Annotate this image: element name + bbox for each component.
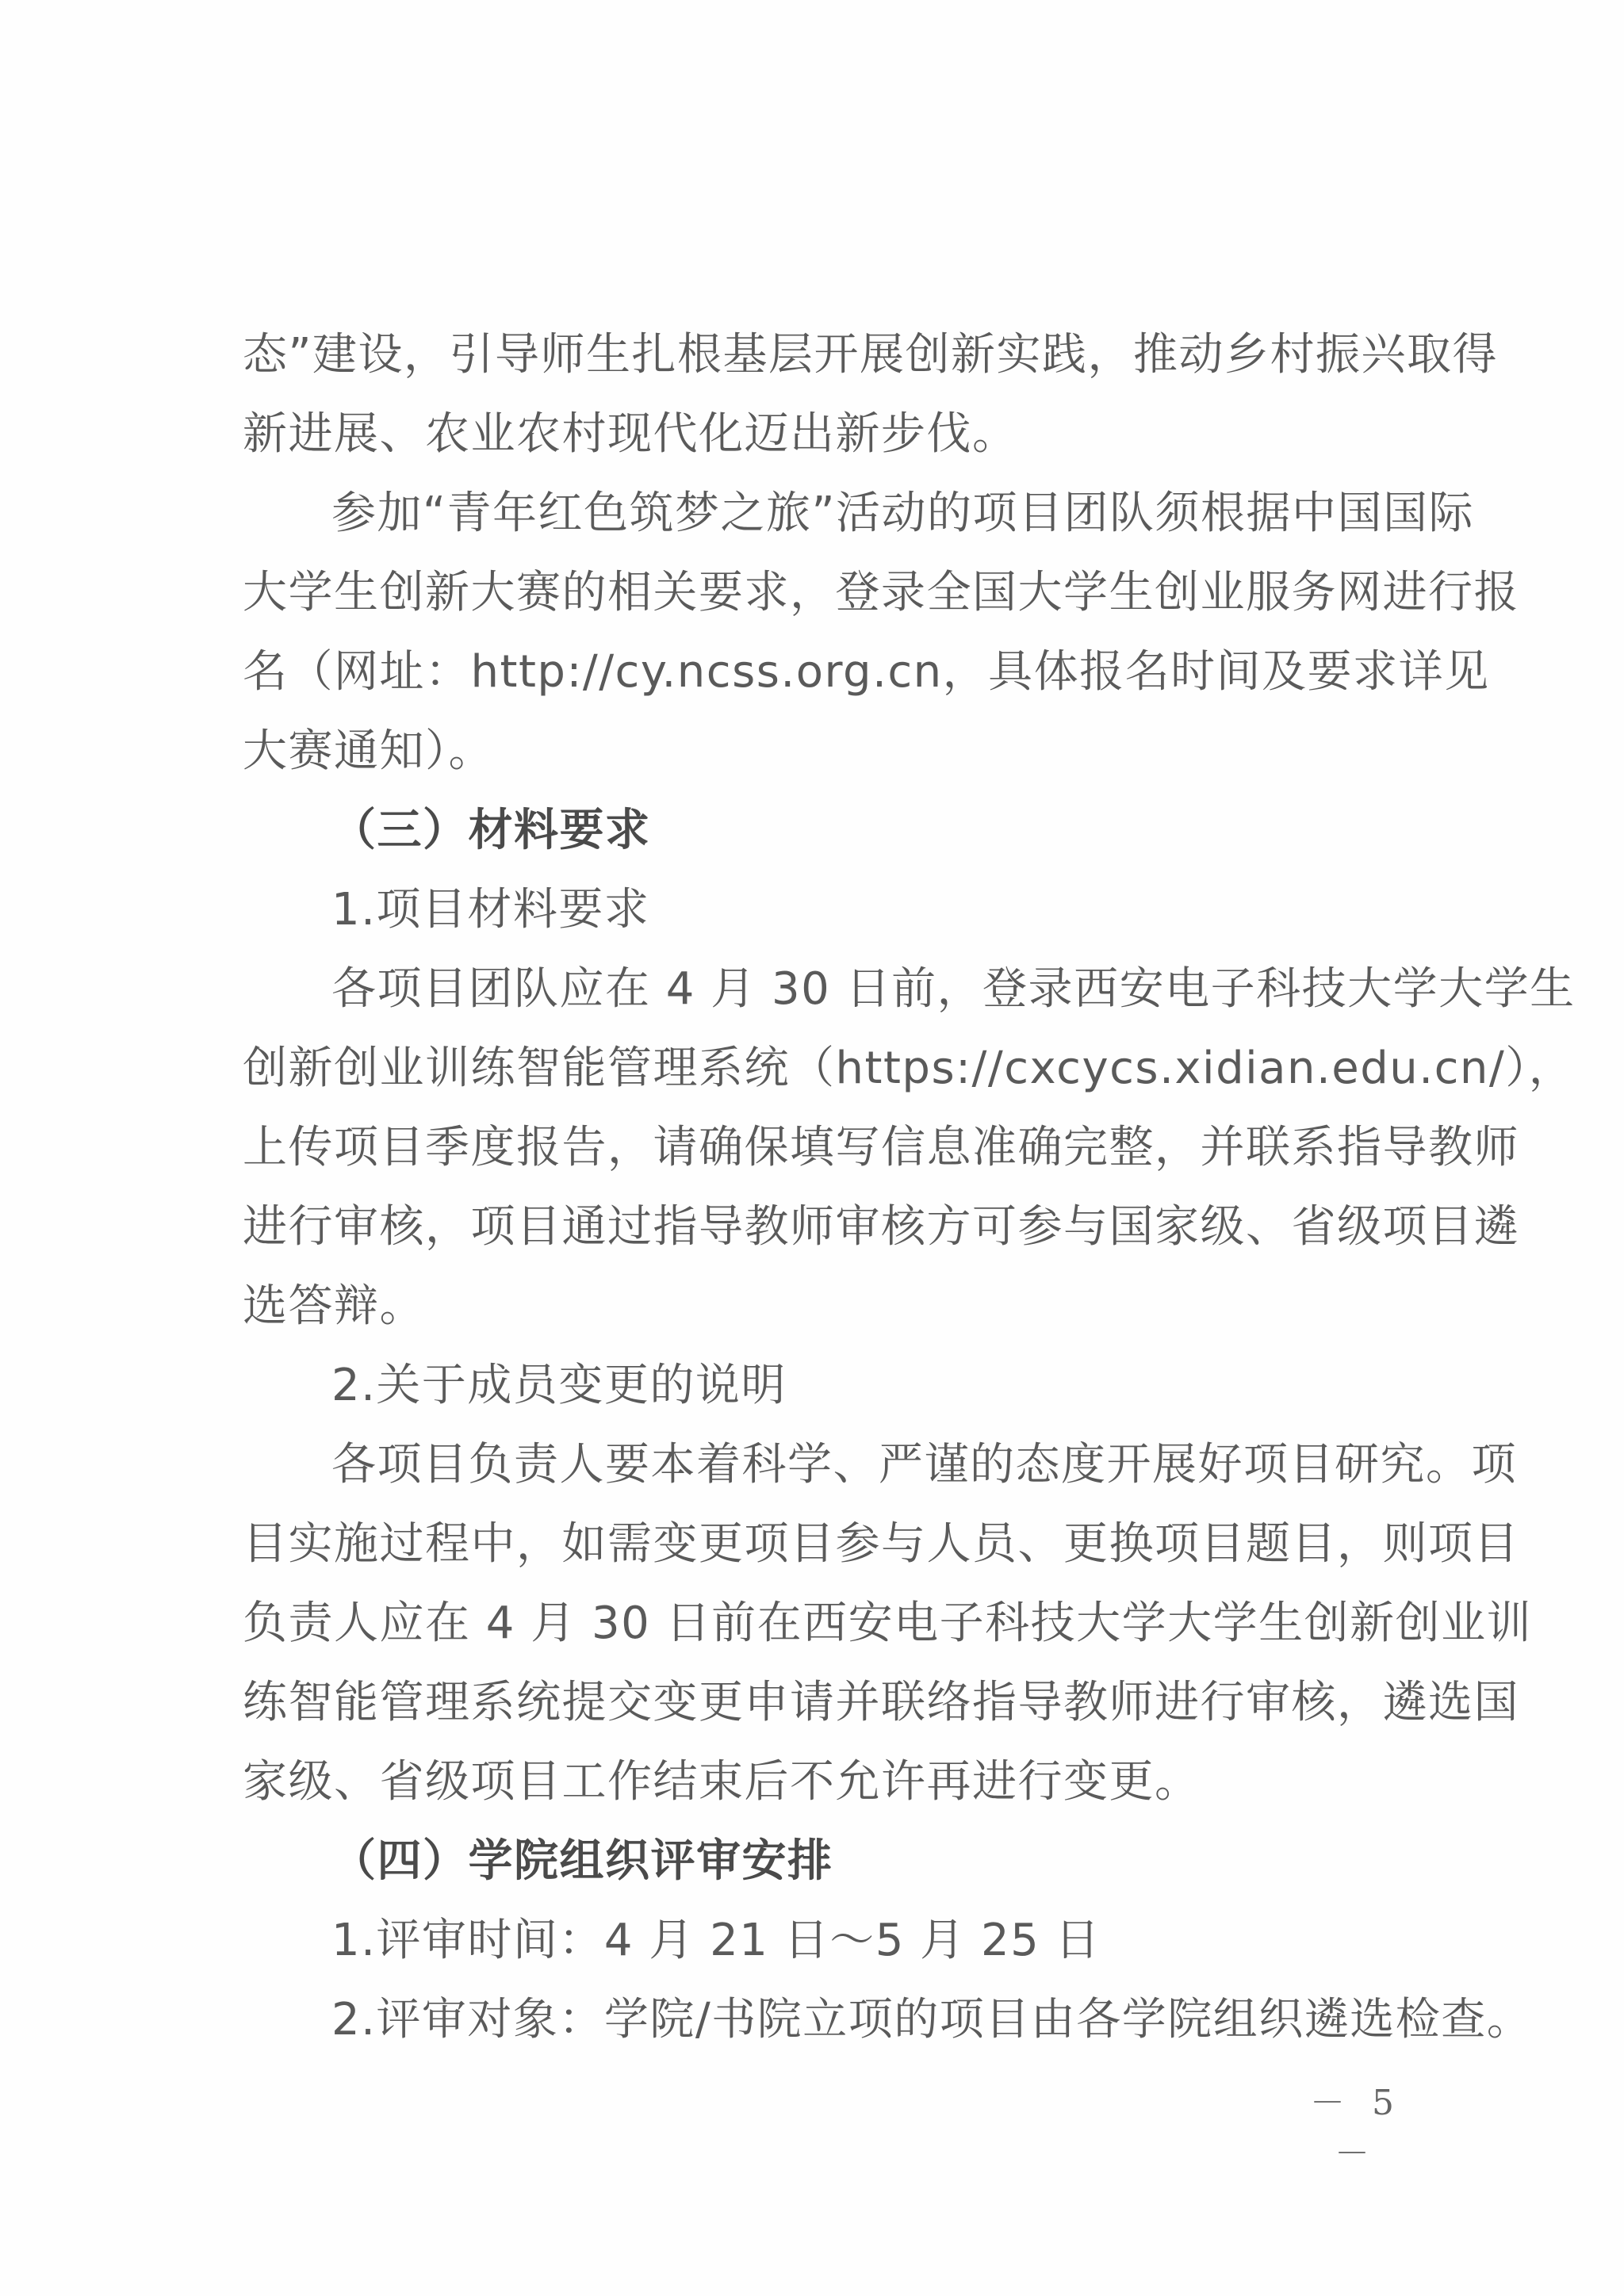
paragraph-line-with-url: 名（网址：http://cy.ncss.org.cn，具体报名时间及要求详见 [243, 633, 1437, 712]
paragraph-line: 上传项目季度报告，请确保填写信息准确完整，并联系指导教师 [243, 1108, 1437, 1188]
paragraph-line: 大学生创新大赛的相关要求，登录全国大学生创业服务网进行报 [243, 553, 1437, 633]
paragraph-line: 大赛通知）。 [243, 712, 1437, 791]
paragraph-line: 参加“青年红色筑梦之旅”活动的项目团队须根据中国国际 [243, 474, 1437, 553]
paragraph-line: 选答辩。 [243, 1267, 1437, 1346]
paragraph-line: 各项目团队应在 4 月 30 日前，登录西安电子科技大学大学生 [243, 950, 1437, 1029]
page-number: － 5 － [1293, 2074, 1419, 2175]
document-body: 态”建设，引导师生扎根基层开展创新实践，推动乡村振兴取得 新进展、农业农村现代化… [243, 316, 1437, 2060]
paragraph-line: 各项目负责人要本着科学、严谨的态度开展好项目研究。项 [243, 1425, 1437, 1505]
section-heading-materials: （三）材料要求 [243, 791, 1437, 871]
paragraph-line: 家级、省级项目工作结束后不允许再进行变更。 [243, 1743, 1437, 1822]
paragraph-line: 进行审核，项目通过指导教师审核方可参与国家级、省级项目遴 [243, 1188, 1437, 1267]
review-target: 2.评审对象：学院/书院立项的项目由各学院组织遴选检查。 [243, 1980, 1437, 2060]
paragraph-line: 练智能管理系统提交变更申请并联络指导教师进行审核，遴选国 [243, 1663, 1437, 1743]
paragraph-line: 态”建设，引导师生扎根基层开展创新实践，推动乡村振兴取得 [243, 316, 1437, 395]
paragraph-line: 目实施过程中，如需变更项目参与人员、更换项目题目，则项目 [243, 1505, 1437, 1584]
subheading-member-changes: 2.关于成员变更的说明 [243, 1346, 1437, 1425]
paragraph-line: 新进展、农业农村现代化迈出新步伐。 [243, 395, 1437, 474]
paragraph-line-with-url: 创新创业训练智能管理系统（https://cxcycs.xidian.edu.c… [243, 1029, 1437, 1108]
document-page: 态”建设，引导师生扎根基层开展创新实践，推动乡村振兴取得 新进展、农业农村现代化… [0, 0, 1624, 2296]
review-time: 1.评审时间：4 月 21 日～5 月 25 日 [243, 1901, 1437, 1980]
section-heading-review-arrangement: （四）学院组织评审安排 [243, 1822, 1437, 1901]
subheading-project-materials: 1.项目材料要求 [243, 871, 1437, 950]
paragraph-line: 负责人应在 4 月 30 日前在西安电子科技大学大学生创新创业训 [243, 1584, 1437, 1663]
